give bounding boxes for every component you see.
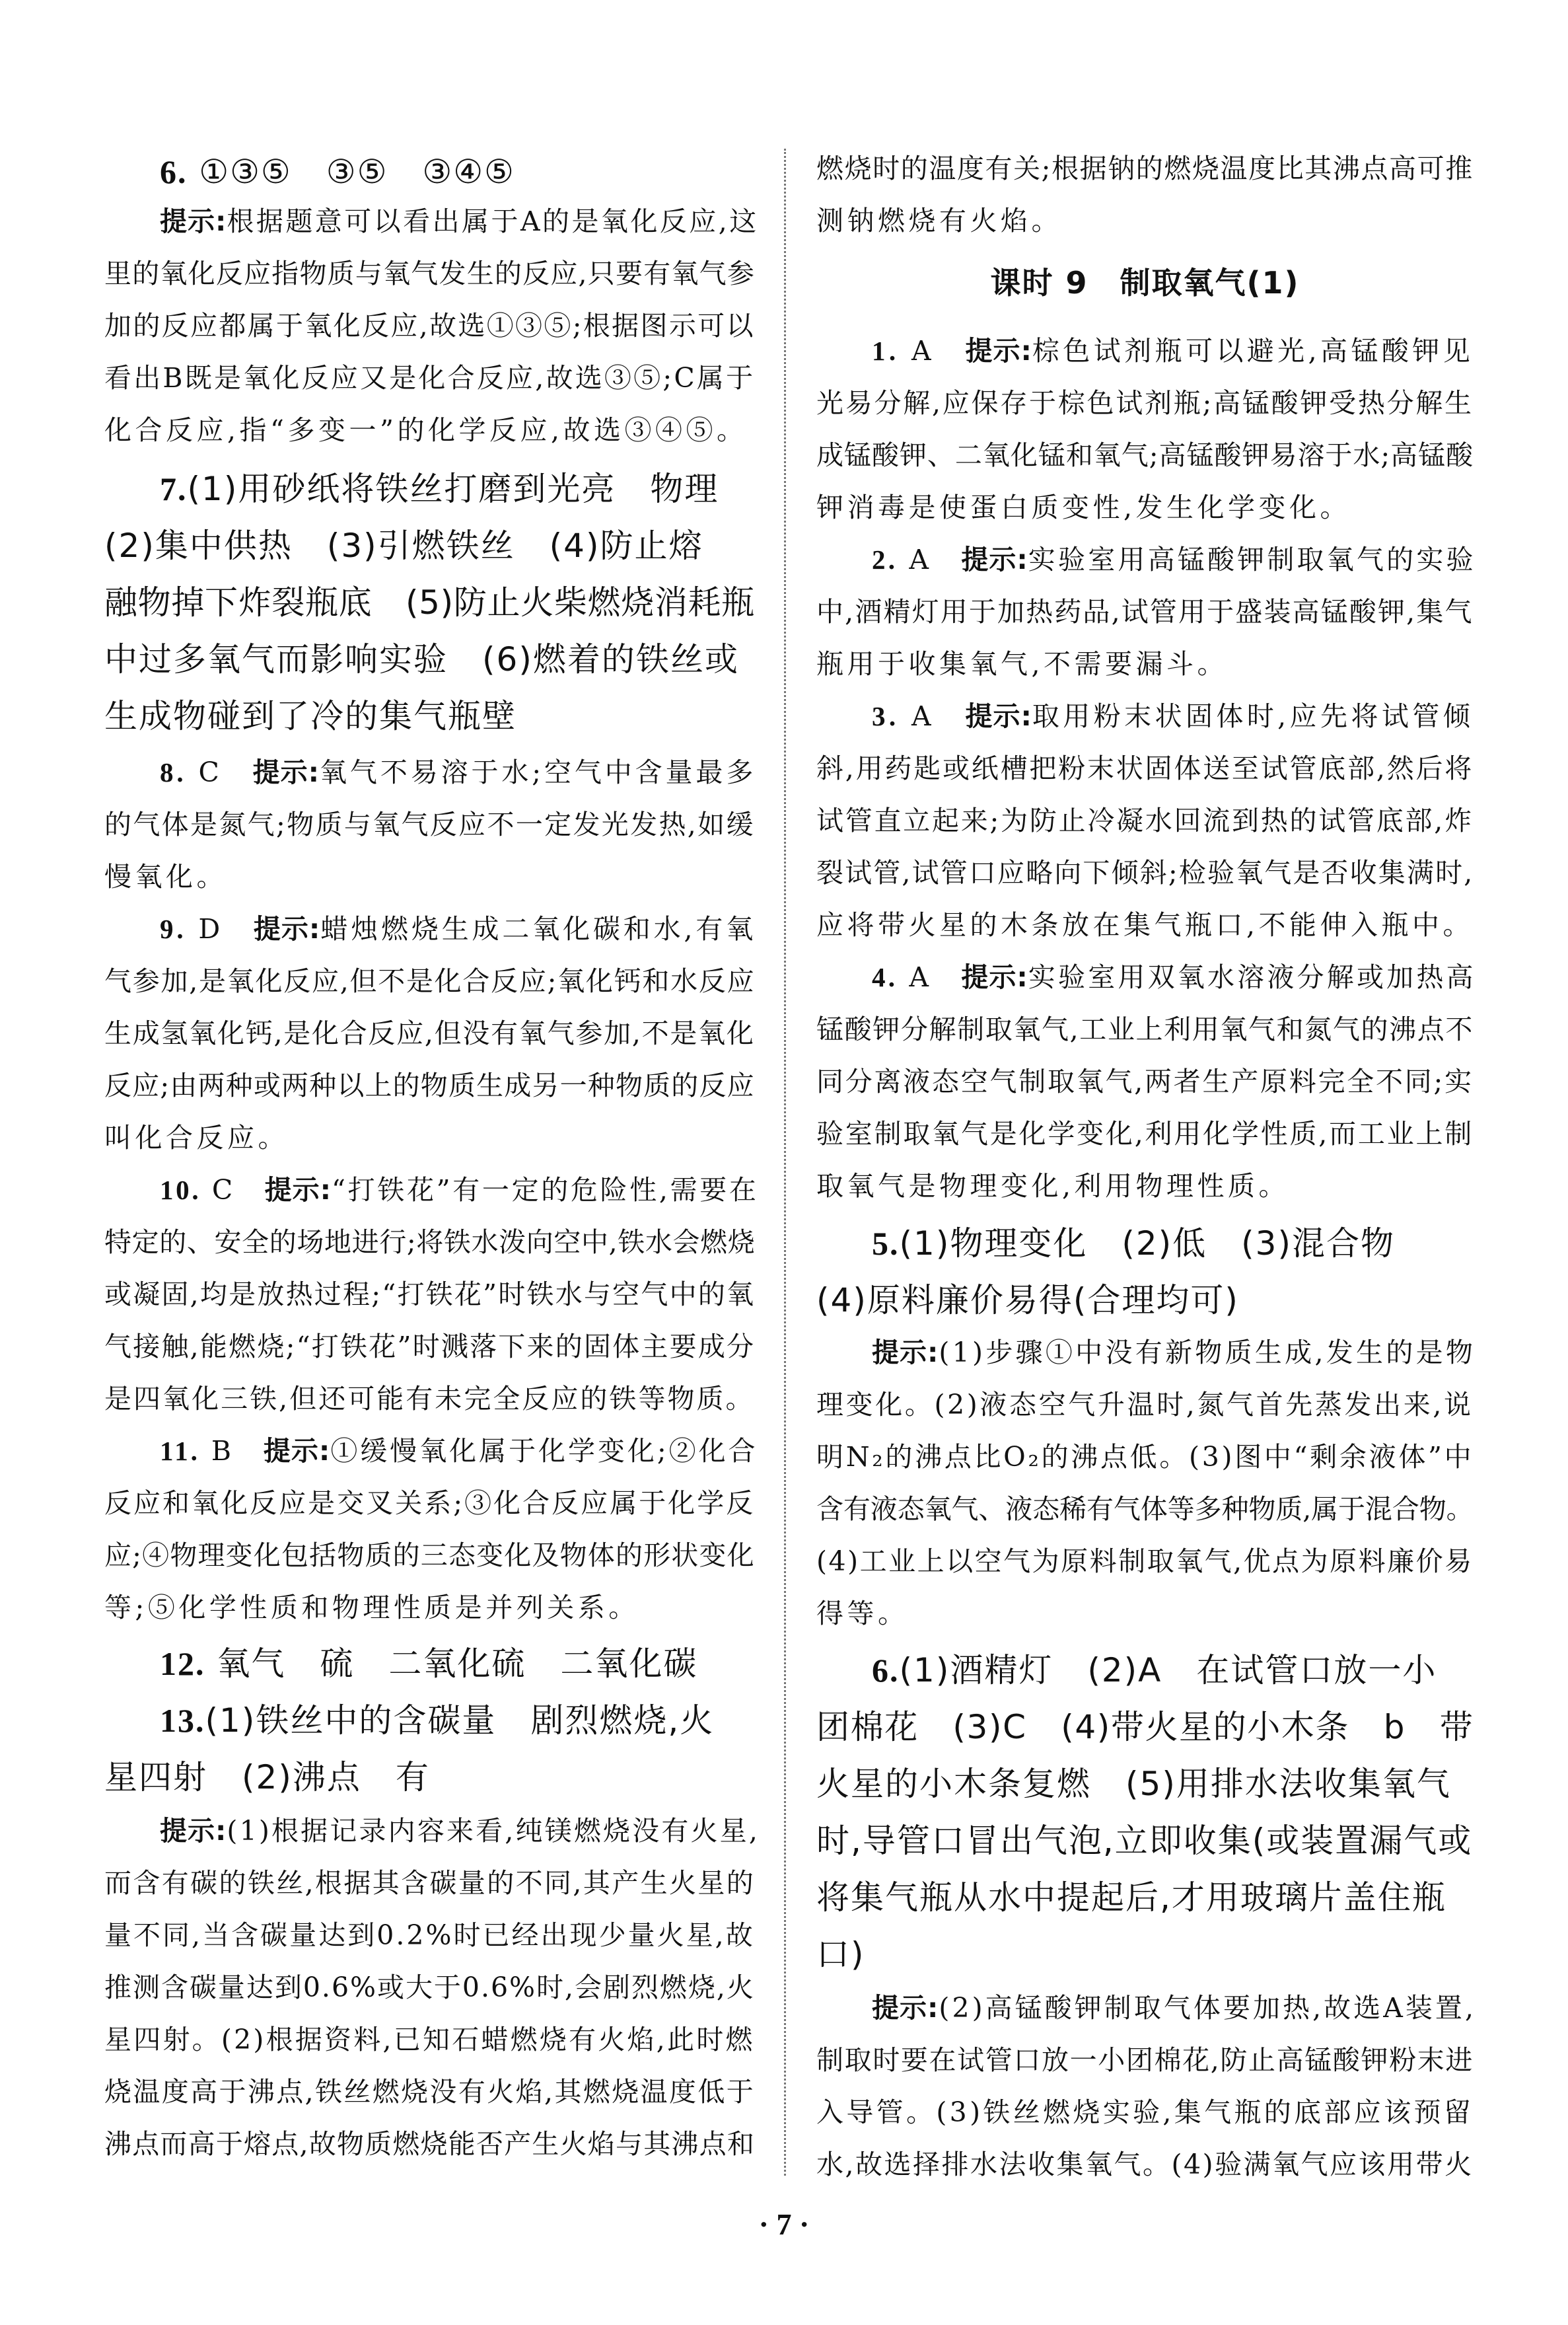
line-text: 光易分解,应保存于棕色试剂瓶;高锰酸钾受热分解生: [816, 387, 1474, 419]
line-text: 裂试管,试管口应略向下倾斜;检验氧气是否收集满时,: [816, 857, 1474, 889]
text-line-q13-answer-2: 星四射 (2)沸点 有: [104, 1751, 430, 1798]
text-line-s9-q1-1: 1. A 提示:棕色试剂瓶可以避光,高锰酸钾见: [816, 329, 1474, 368]
line-text: 明N₂的沸点比O₂的沸点低。(3)图中“剩余液体”中: [816, 1441, 1474, 1473]
line-text: (4)原料廉价易得(合理均可): [816, 1281, 1239, 1319]
line-text: ①③⑤ ③⑤ ③④⑤: [188, 153, 516, 191]
text-line-s9-q6-hint-4: 水,故选择排水法收集氧气。(4)验满氧气应该用带火: [816, 2143, 1474, 2182]
text-line-s9-q6-answer-3: 火星的小木条复燃 (5)用排水法收集氧气: [816, 1757, 1451, 1805]
question-number: 3.: [872, 701, 900, 731]
question-number: 5.: [872, 1225, 900, 1262]
text-line-s9-q6-hint-1: 提示:(2)高锰酸钾制取气体要加热,故选A装置,: [816, 1986, 1476, 2025]
text-line-q8-1: 8. C 提示:氧气不易溶于水;空气中含量最多: [104, 751, 756, 790]
text-line-s9-q6-answer-6: 口): [816, 1928, 865, 1975]
line-text: 等;⑤化学性质和物理性质是并列关系。: [104, 1592, 639, 1623]
answer-choice: A: [900, 335, 966, 367]
line-text: 看出B既是氧化反应又是化合反应,故选③⑤;C属于: [104, 362, 755, 394]
line-text: 棕色试剂瓶可以避光,高锰酸钾见: [1032, 335, 1474, 367]
line-text: 蜡烛燃烧生成二氧化碳和水,有氧: [320, 913, 756, 945]
line-text: 水,故选择排水法收集氧气。(4)验满氧气应该用带火: [816, 2149, 1474, 2180]
text-line-s9-q4-2: 锰酸钾分解制取氧气,工业上利用氧气和氮气的沸点不: [816, 1008, 1474, 1047]
text-line-q11-3: 应;④物理变化包括物质的三态变化及物体的形状变化: [104, 1533, 755, 1572]
line-text: 同分离液态空气制取氧气,两者生产原料完全不同;实: [816, 1066, 1474, 1097]
text-line-q10-4: 气接触,能燃烧;“打铁花”时溅落下来的固体主要成分: [104, 1325, 755, 1364]
text-line-s9-q2-1: 2. A 提示:实验室用高锰酸钾制取氧气的实验: [816, 538, 1476, 577]
text-line-q8-2: 的气体是氮气;物质与氧气反应不一定发光发热,如缓: [104, 803, 755, 842]
hint-label: 提示:: [965, 700, 1032, 732]
text-line-q9-3: 生成氢氧化钙,是化合反应,但没有氧气参加,不是氧化: [104, 1012, 755, 1051]
text-line-s9-q6-answer-5: 将集气瓶从水中提起后,才用玻璃片盖住瓶: [816, 1871, 1446, 1919]
text-line-s9-q5-answer-2: (4)原料廉价易得(合理均可): [816, 1274, 1239, 1321]
text-line-s9-q1-4: 钾消毒是使蛋白质变性,发生化学变化。: [816, 486, 1351, 525]
question-number: 1.: [872, 336, 900, 366]
line-text: (2)集中供热 (3)引燃铁丝 (4)防止熔: [104, 527, 703, 565]
text-line-q10-3: 或凝固,均是放热过程;“打铁花”时铁水与空气中的氧: [104, 1273, 755, 1311]
text-line-q13-hint-2: 而含有碳的铁丝,根据其含碳量的不同,其产生火星的: [104, 1861, 755, 1900]
question-number: 2.: [872, 544, 898, 575]
line-text: 中过多氧气而影响实验 (6)燃着的铁丝或: [104, 640, 739, 679]
line-text: 推测含碳量达到0.6%或大于0.6%时,会剧烈燃烧,火: [104, 1972, 755, 2003]
text-line-s9-q3-2: 斜,用药匙或纸槽把粉末状固体送至试管底部,然后将: [816, 747, 1474, 786]
text-line-q7-answer-3: 融物掉下炸裂瓶底 (5)防止火柴燃烧消耗瓶: [104, 576, 755, 624]
line-text: 口): [816, 1935, 865, 1974]
line-text: 量不同,当含碳量达到0.2%时已经出现少量火星,故: [104, 1919, 755, 1951]
question-number: 4.: [872, 962, 898, 992]
text-line-s9-q6-hint-2: 制取时要在试管口放一小团棉花,防止高锰酸钾粉末进: [816, 2038, 1474, 2077]
line-text: (1)用砂纸将铁丝打磨到光亮 物理: [188, 470, 719, 508]
text-line-q7-answer-4: 中过多氧气而影响实验 (6)燃着的铁丝或: [104, 633, 739, 681]
hint-label: 提示:: [160, 205, 227, 237]
text-line-s9-q4-1: 4. A 提示:实验室用双氧水溶液分解或加热高: [816, 955, 1476, 994]
text-line-s9-q4-4: 验室制取氧气是化学变化,利用化学性质,而工业上制: [816, 1112, 1474, 1151]
line-text: 成锰酸钾、二氧化锰和氧气;高锰酸钾易溶于水;高锰酸: [816, 439, 1474, 471]
text-line-s9-q2-2: 中,酒精灯用于加热药品,试管用于盛装高锰酸钾,集气: [816, 590, 1474, 629]
text-line-q13-hint-1: 提示:(1)根据记录内容来看,纯镁燃烧没有火星,: [104, 1809, 760, 1848]
line-text: (1)铁丝中的含碳量 剧烈燃烧,火: [205, 1701, 715, 1740]
question-number: 9.: [160, 914, 186, 944]
text-line-q13-hint-8: 燃烧时的温度有关;根据钠的燃烧温度比其沸点高可推: [816, 147, 1474, 186]
line-text: 课时 9 制取氧气(1): [990, 265, 1299, 301]
text-line-q7-answer-5: 生成物碰到了冷的集气瓶壁: [104, 690, 517, 737]
line-text: ①缓慢氧化属于化学变化;②化合: [330, 1435, 758, 1467]
line-text: (1)物理变化 (2)低 (3)混合物: [900, 1224, 1395, 1263]
question-number: 13.: [160, 1702, 205, 1739]
line-text: 氧气不易溶于水;空气中含量最多: [320, 757, 756, 788]
text-line-s9-q3-3: 试管直立起来;为防止冷凝水回流到热的试管底部,炸: [816, 799, 1474, 838]
hint-label: 提示:: [265, 1174, 332, 1206]
text-line-s9-q4-3: 同分离液态空气制取氧气,两者生产原料完全不同;实: [816, 1060, 1474, 1099]
text-line-s9-q5-hint-5: (4)工业上以空气为原料制取氧气,优点为原料廉价易: [816, 1539, 1474, 1578]
text-line-q13-answer-1: 13.(1)铁丝中的含碳量 剧烈燃烧,火: [104, 1694, 714, 1742]
line-text: 氧气 硫 二氧化硫 二氧化碳: [205, 1644, 698, 1683]
line-text: 中,酒精灯用于加热药品,试管用于盛装高锰酸钾,集气: [816, 596, 1474, 628]
text-line-s9-q6-answer-1: 6.(1)酒精灯 (2)A 在试管口放一小: [816, 1644, 1437, 1691]
text-line-q6-hint-2: 里的氧化反应指物质与氧气发生的反应,只要有氧气参: [104, 252, 755, 291]
line-text: 火星的小木条复燃 (5)用排水法收集氧气: [816, 1765, 1451, 1803]
text-line-s9-q5-hint-4: 含有液态氧气、液态稀有气体等多种物质,属于混合物。: [816, 1487, 1474, 1526]
line-text: (4)工业上以空气为原料制取氧气,优点为原料廉价易: [816, 1545, 1474, 1577]
hint-label: 提示:: [253, 757, 320, 788]
line-text: 实验室用高锰酸钾制取氧气的实验: [1028, 544, 1476, 575]
line-text: 得等。: [816, 1598, 909, 1629]
text-line-s9-q3-4: 裂试管,试管口应略向下倾斜;检验氧气是否收集满时,: [816, 851, 1474, 890]
column-divider: [784, 149, 786, 2176]
text-line-q10-2: 特定的、安全的场地进行;将铁水泼向空中,铁水会燃烧: [104, 1220, 755, 1259]
line-text: 实验室用双氧水溶液分解或加热高: [1028, 961, 1476, 993]
text-line-s9-q3-1: 3. A 提示:取用粉末状固体时,应先将试管倾: [816, 694, 1474, 733]
text-line-q13-hint-4: 推测含碳量达到0.6%或大于0.6%时,会剧烈燃烧,火: [104, 1966, 755, 2005]
text-line-s9-q1-3: 成锰酸钾、二氧化锰和氧气;高锰酸钾易溶于水;高锰酸: [816, 433, 1474, 472]
text-line-s9-q3-5: 应将带火星的木条放在集气瓶口,不能伸入瓶中。: [816, 903, 1474, 942]
text-line-q9-5: 叫化合反应。: [104, 1116, 289, 1155]
line-text: 里的氧化反应指物质与氧气发生的反应,只要有氧气参: [104, 258, 755, 289]
answer-choice: D: [186, 913, 253, 945]
line-text: 取氧气是物理变化,利用物理性质。: [816, 1170, 1289, 1202]
answer-choice: C: [187, 757, 253, 788]
line-text: 叫化合反应。: [104, 1122, 289, 1154]
line-text: 制取时要在试管口放一小团棉花,防止高锰酸钾粉末进: [816, 2044, 1474, 2076]
line-text: 或凝固,均是放热过程;“打铁花”时铁水与空气中的氧: [104, 1278, 755, 1310]
line-text: 气接触,能燃烧;“打铁花”时溅落下来的固体主要成分: [104, 1331, 755, 1362]
line-text: 测钠燃烧有火焰。: [816, 205, 1062, 237]
text-line-q13-hint-9: 测钠燃烧有火焰。: [816, 199, 1062, 238]
line-text: 将集气瓶从水中提起后,才用玻璃片盖住瓶: [816, 1878, 1446, 1917]
answer-choice: A: [898, 544, 961, 575]
question-number: 10.: [160, 1175, 201, 1205]
text-line-s9-q5-hint-1: 提示:(1)步骤①中没有新物质生成,发生的是物: [816, 1331, 1476, 1370]
question-number: 6.: [160, 153, 188, 190]
line-text: 锰酸钾分解制取氧气,工业上利用氧气和氮气的沸点不: [816, 1014, 1474, 1045]
text-line-q6-answer: 6. ①③⑤ ③⑤ ③④⑤: [104, 145, 515, 193]
line-text: 而含有碳的铁丝,根据其含碳量的不同,其产生火星的: [104, 1867, 755, 1899]
text-line-q11-4: 等;⑤化学性质和物理性质是并列关系。: [104, 1586, 639, 1625]
line-text: 生成氢氧化钙,是化合反应,但没有氧气参加,不是氧化: [104, 1017, 755, 1049]
line-text: (2)高锰酸钾制取气体要加热,故选A装置,: [939, 1992, 1476, 2024]
question-number: 6.: [872, 1652, 900, 1689]
hint-label: 提示:: [872, 1992, 939, 2024]
text-line-q11-2: 反应和氧化反应是交叉关系;③化合反应属于化学反: [104, 1481, 755, 1520]
text-line-s9-q5-hint-3: 明N₂的沸点比O₂的沸点低。(3)图中“剩余液体”中: [816, 1435, 1474, 1474]
hint-label: 提示:: [961, 544, 1028, 575]
line-text: 加的反应都属于氧化反应,故选①③⑤;根据图示可以: [104, 310, 755, 342]
text-line-q6-hint-1: 提示:根据题意可以看出属于A的是氧化反应,这: [104, 200, 759, 239]
line-text: 是四氧化三铁,但还可能有未完全反应的铁等物质。: [104, 1383, 755, 1415]
line-text: 时,导管口冒出气泡,立即收集(或装置漏气或: [816, 1822, 1472, 1860]
line-text: 烧温度高于沸点,铁丝燃烧没有火焰,其燃烧温度低于: [104, 2076, 755, 2108]
line-text: 融物掉下炸裂瓶底 (5)防止火柴燃烧消耗瓶: [104, 583, 755, 622]
line-text: 反应;由两种或两种以上的物质生成另一种物质的反应: [104, 1070, 755, 1101]
answer-choice: A: [900, 700, 966, 732]
hint-label: 提示:: [872, 1337, 939, 1368]
text-line-q13-hint-6: 烧温度高于沸点,铁丝燃烧没有火焰,其燃烧温度低于: [104, 2070, 755, 2109]
question-number: 12.: [160, 1645, 205, 1682]
answer-choice: A: [898, 961, 961, 993]
text-line-q13-hint-3: 量不同,当含碳量达到0.2%时已经出现少量火星,故: [104, 1913, 755, 1952]
text-line-q13-hint-7: 沸点而高于熔点,故物质燃烧能否产生火焰与其沸点和: [104, 2122, 755, 2161]
hint-label: 提示:: [264, 1435, 330, 1467]
line-text: 特定的、安全的场地进行;将铁水泼向空中,铁水会燃烧: [104, 1226, 755, 1258]
line-text: 应将带火星的木条放在集气瓶口,不能伸入瓶中。: [816, 909, 1474, 941]
text-line-q6-hint-5: 化合反应,指“多变一”的化学反应,故选③④⑤。: [104, 408, 747, 447]
line-text: 的气体是氮气;物质与氧气反应不一定发光发热,如缓: [104, 809, 755, 840]
line-text: 根据题意可以看出属于A的是氧化反应,这: [227, 205, 758, 237]
line-text: “打铁花”有一定的危险性,需要在: [332, 1174, 759, 1206]
text-line-q13-hint-5: 星四射。(2)根据资料,已知石蜡燃烧有火焰,此时燃: [104, 2018, 755, 2057]
text-line-section-heading: 课时 9 制取氧气(1): [816, 259, 1474, 303]
line-text: (1)根据记录内容来看,纯镁燃烧没有火星,: [227, 1815, 760, 1847]
text-line-s9-q5-hint-6: 得等。: [816, 1592, 909, 1631]
text-line-q10-5: 是四氧化三铁,但还可能有未完全反应的铁等物质。: [104, 1377, 755, 1416]
text-line-q6-hint-3: 加的反应都属于氧化反应,故选①③⑤;根据图示可以: [104, 304, 755, 343]
text-line-q9-4: 反应;由两种或两种以上的物质生成另一种物质的反应: [104, 1064, 755, 1103]
text-line-s9-q4-5: 取氧气是物理变化,利用物理性质。: [816, 1164, 1289, 1203]
line-text: 理变化。(2)液态空气升温时,氮气首先蒸发出来,说: [816, 1389, 1474, 1421]
line-text: 验室制取氧气是化学变化,利用化学性质,而工业上制: [816, 1118, 1474, 1150]
line-text: 气参加,是氧化反应,但不是化合反应;氧化钙和水反应: [104, 965, 755, 997]
text-line-q9-1: 9. D 提示:蜡烛燃烧生成二氧化碳和水,有氧: [104, 907, 756, 946]
line-text: 星四射 (2)沸点 有: [104, 1758, 430, 1796]
line-text: 含有液态氧气、液态稀有气体等多种物质,属于混合物。: [816, 1493, 1474, 1525]
text-line-s9-q5-hint-2: 理变化。(2)液态空气升温时,氮气首先蒸发出来,说: [816, 1383, 1474, 1422]
text-line-s9-q6-hint-3: 入导管。(3)铁丝燃烧实验,集气瓶的底部应该预留: [816, 2090, 1474, 2129]
text-line-s9-q6-answer-2: 团棉花 (3)C (4)带火星的小木条 b 带: [816, 1701, 1474, 1748]
line-text: 钾消毒是使蛋白质变性,发生化学变化。: [816, 492, 1351, 523]
line-text: 化合反应,指“多变一”的化学反应,故选③④⑤。: [104, 414, 747, 446]
text-line-q6-hint-4: 看出B既是氧化反应又是化合反应,故选③⑤;C属于: [104, 356, 755, 395]
question-number: 8.: [160, 757, 187, 788]
text-line-q9-2: 气参加,是氧化反应,但不是化合反应;氧化钙和水反应: [104, 959, 755, 998]
text-line-s9-q1-2: 光易分解,应保存于棕色试剂瓶;高锰酸钾受热分解生: [816, 381, 1474, 420]
line-text: 入导管。(3)铁丝燃烧实验,集气瓶的底部应该预留: [816, 2096, 1474, 2128]
line-text: 试管直立起来;为防止冷凝水回流到热的试管底部,炸: [816, 805, 1474, 836]
hint-label: 提示:: [961, 961, 1028, 993]
line-text: 应;④物理变化包括物质的三态变化及物体的形状变化: [104, 1539, 755, 1571]
line-text: 取用粉末状固体时,应先将试管倾: [1032, 700, 1474, 732]
line-text: 星四射。(2)根据资料,已知石蜡燃烧有火焰,此时燃: [104, 2024, 755, 2055]
answer-choice: B: [200, 1435, 264, 1467]
line-text: 慢氧化。: [104, 861, 227, 893]
text-line-q7-answer-1: 7.(1)用砂纸将铁丝打磨到光亮 物理: [104, 462, 719, 510]
question-number: 11.: [160, 1436, 200, 1466]
line-text: 生成物碰到了冷的集气瓶壁: [104, 697, 517, 735]
text-line-q7-answer-2: (2)集中供热 (3)引燃铁丝 (4)防止熔: [104, 519, 703, 567]
question-number: 7.: [160, 470, 188, 507]
page-number: · 7 ·: [0, 2207, 1568, 2242]
line-text: 斜,用药匙或纸槽把粉末状固体送至试管底部,然后将: [816, 753, 1474, 784]
line-text: 瓶用于收集氧气,不需要漏斗。: [816, 648, 1228, 680]
line-text: 团棉花 (3)C (4)带火星的小木条 b 带: [816, 1708, 1474, 1746]
text-line-s9-q5-answer-1: 5.(1)物理变化 (2)低 (3)混合物: [816, 1217, 1395, 1265]
text-line-q8-3: 慢氧化。: [104, 855, 227, 894]
text-line-q12: 12. 氧气 硫 二氧化硫 二氧化碳: [104, 1637, 697, 1685]
line-text: 反应和氧化反应是交叉关系;③化合反应属于化学反: [104, 1487, 755, 1519]
hint-label: 提示:: [965, 335, 1032, 367]
text-line-s9-q2-3: 瓶用于收集氧气,不需要漏斗。: [816, 642, 1228, 681]
line-text: (1)酒精灯 (2)A 在试管口放一小: [900, 1651, 1437, 1689]
text-line-s9-q6-answer-4: 时,导管口冒出气泡,立即收集(或装置漏气或: [816, 1814, 1472, 1862]
hint-label: 提示:: [160, 1815, 227, 1847]
line-text: 燃烧时的温度有关;根据钠的燃烧温度比其沸点高可推: [816, 153, 1474, 184]
answer-choice: C: [201, 1174, 264, 1206]
text-line-q11-1: 11. B 提示:①缓慢氧化属于化学变化;②化合: [104, 1429, 758, 1468]
line-text: 沸点而高于熔点,故物质燃烧能否产生火焰与其沸点和: [104, 2128, 755, 2160]
hint-label: 提示:: [254, 913, 320, 945]
line-text: (1)步骤①中没有新物质生成,发生的是物: [939, 1337, 1476, 1368]
text-line-q10-1: 10. C 提示:“打铁花”有一定的危险性,需要在: [104, 1168, 759, 1207]
